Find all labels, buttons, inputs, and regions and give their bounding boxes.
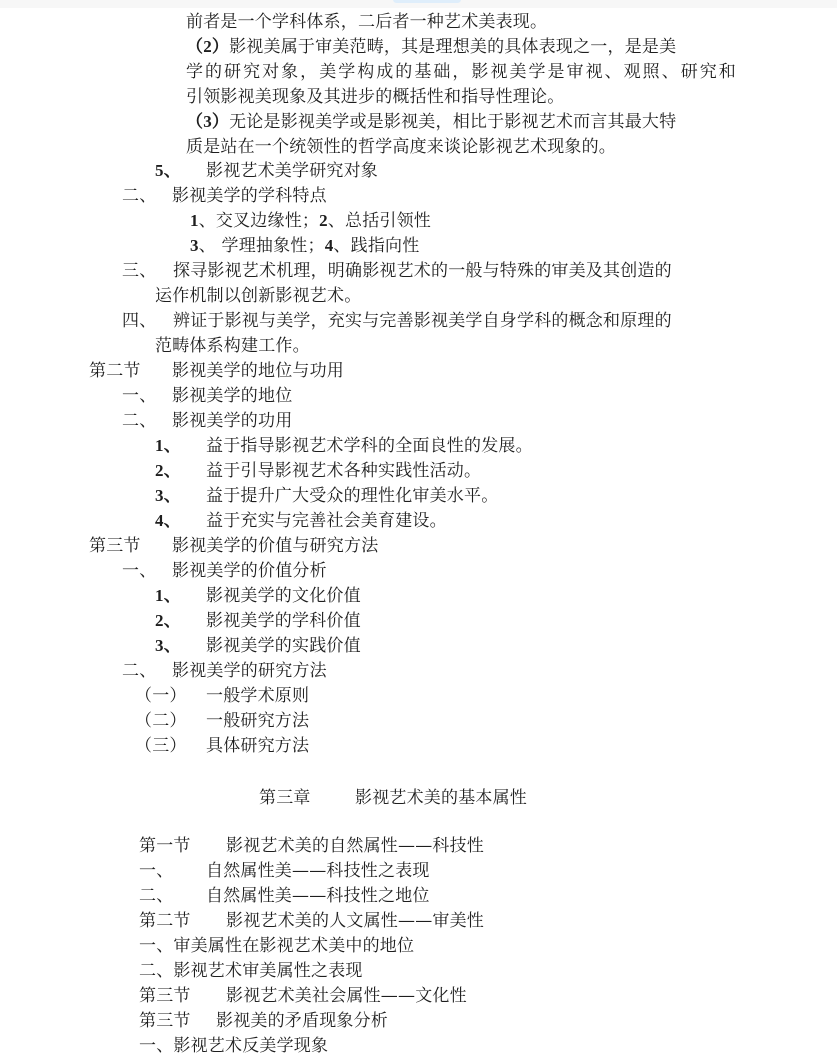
section-title: 影视艺术美的人文属性——审美性 xyxy=(226,909,484,933)
item-text: 一般学术原则 xyxy=(206,684,309,708)
trait-number: 1 xyxy=(190,211,199,230)
item-number: 二、 xyxy=(122,659,156,683)
item-number: 1、 xyxy=(155,434,181,458)
section-label: 第三节 xyxy=(89,534,141,558)
section-title: 影视艺术美的自然属性——科技性 xyxy=(226,834,484,858)
item-text: 影视美学的地位 xyxy=(172,384,292,408)
item-number: （二） xyxy=(135,709,187,733)
item-text: 辨证于影视与美学，充实与完善影视美学自身学科的概念和原理的 xyxy=(173,309,672,333)
trait-number: 3 xyxy=(190,236,199,255)
item-text: 影视美学的文化价值 xyxy=(206,584,361,608)
section-label: 第二节 xyxy=(89,359,141,383)
trait-text: 、践指向性 xyxy=(333,236,419,256)
item-number: 二、 xyxy=(122,184,156,208)
outline-item: 一、审美属性在影视艺术美中的地位 xyxy=(139,934,414,958)
item-text: 影视美学的研究方法 xyxy=(172,659,327,683)
item-number: 三、 xyxy=(122,259,156,283)
item-number: 四、 xyxy=(122,309,156,333)
section-title: 影视艺术美社会属性——文化性 xyxy=(226,984,467,1008)
item-number: 1、 xyxy=(155,584,181,608)
item-number: （三） xyxy=(135,734,187,758)
page-scroll-indicator[interactable] xyxy=(393,0,461,3)
trait-text: 、 学理抽象性； xyxy=(199,236,325,256)
outline-heading-san-continued: 运作机制以创新影视艺术。 xyxy=(155,284,361,308)
section-title: 影视美学的价值与研究方法 xyxy=(172,534,378,558)
item-text: 影视美学的学科特点 xyxy=(172,184,327,208)
item-text: 影视美学的实践价值 xyxy=(206,634,361,658)
outline-heading-si-continued: 范畴体系构建工作。 xyxy=(155,334,310,358)
item-text: 益于提升广大受众的理性化审美水平。 xyxy=(206,484,498,508)
item-text: 影视美学的功用 xyxy=(172,409,292,433)
item-number: 3、 xyxy=(155,484,181,508)
item-number: 一、 xyxy=(122,559,156,583)
paragraph-2-line-1: （2）影视美属于审美范畴，其是理想美的具体表现之一，是是美 xyxy=(186,35,736,59)
item-text: 探寻影视艺术机理，明确影视艺术的一般与特殊的审美及其创造的 xyxy=(173,259,672,283)
outline-item: 一、影视艺术反美学现象 xyxy=(139,1034,328,1058)
item-text: 益于引导影视艺术各种实践性活动。 xyxy=(206,459,481,483)
item-text: 影视艺术美学研究对象 xyxy=(206,159,378,183)
traits-line-2: 3、 学理抽象性；4、践指向性 xyxy=(190,234,419,258)
item-number: 一、 xyxy=(122,384,156,408)
section-title: 影视美的矛盾现象分析 xyxy=(216,1009,388,1033)
item-number: （一） xyxy=(135,684,187,708)
outline-item: 二、影视艺术审美属性之表现 xyxy=(139,959,363,983)
paragraph-number: （2） xyxy=(186,37,229,56)
text-line: 前者是一个学科体系，二后者一种艺术美表现。 xyxy=(186,10,547,34)
paragraph-text: 影视美属于审美范畴，其是理想美的具体表现之一，是是美 xyxy=(229,37,676,57)
chapter-title: 影视艺术美的基本属性 xyxy=(355,786,527,810)
item-text: 益于指导影视艺术学科的全面良性的发展。 xyxy=(206,434,533,458)
item-number: 3、 xyxy=(155,634,181,658)
chapter-label: 第三章 xyxy=(259,786,311,810)
section-label: 第三节 xyxy=(139,984,191,1008)
item-text: 益于充实与完善社会美育建设。 xyxy=(206,509,447,533)
trait-text: 、总括引领性 xyxy=(328,211,431,231)
item-text: 自然属性美——科技性之表现 xyxy=(206,859,430,883)
paragraph-number: （3） xyxy=(186,112,229,131)
item-text: 一般研究方法 xyxy=(206,709,309,733)
section-label: 第三节 xyxy=(139,1009,191,1033)
section-label: 第二节 xyxy=(139,909,191,933)
trait-text: 、交叉边缘性； xyxy=(199,211,319,231)
paragraph-3-line-2: 质是站在一个统领性的哲学高度来谈论影视艺术现象的。 xyxy=(186,135,616,159)
item-number: 4、 xyxy=(155,509,181,533)
item-text: 影视美学的学科价值 xyxy=(206,609,361,633)
item-number: 二、 xyxy=(122,409,156,433)
item-number: 二、 xyxy=(139,884,173,908)
traits-line-1: 1、交叉边缘性；2、总括引领性 xyxy=(190,209,431,233)
item-text: 自然属性美——科技性之地位 xyxy=(206,884,430,908)
section-title: 影视美学的地位与功用 xyxy=(172,359,344,383)
item-number: 5、 xyxy=(155,159,181,183)
paragraph-2-line-3: 引领影视美现象及其进步的概括性和指导性理论。 xyxy=(186,85,564,109)
paragraph-text: 无论是影视美学或是影视美，相比于影视艺术而言其最大特 xyxy=(229,112,676,132)
section-label: 第一节 xyxy=(139,834,191,858)
item-number: 2、 xyxy=(155,459,181,483)
item-text: 影视美学的价值分析 xyxy=(172,559,327,583)
item-text: 具体研究方法 xyxy=(206,734,309,758)
paragraph-2-line-2: 学的研究对象，美学构成的基础，影视美学是审视、观照、研究和 xyxy=(186,60,736,84)
trait-number: 2 xyxy=(319,211,328,230)
item-number: 2、 xyxy=(155,609,181,633)
paragraph-3-line-1: （3）无论是影视美学或是影视美，相比于影视艺术而言其最大特 xyxy=(186,110,676,134)
item-number: 一、 xyxy=(139,859,173,883)
